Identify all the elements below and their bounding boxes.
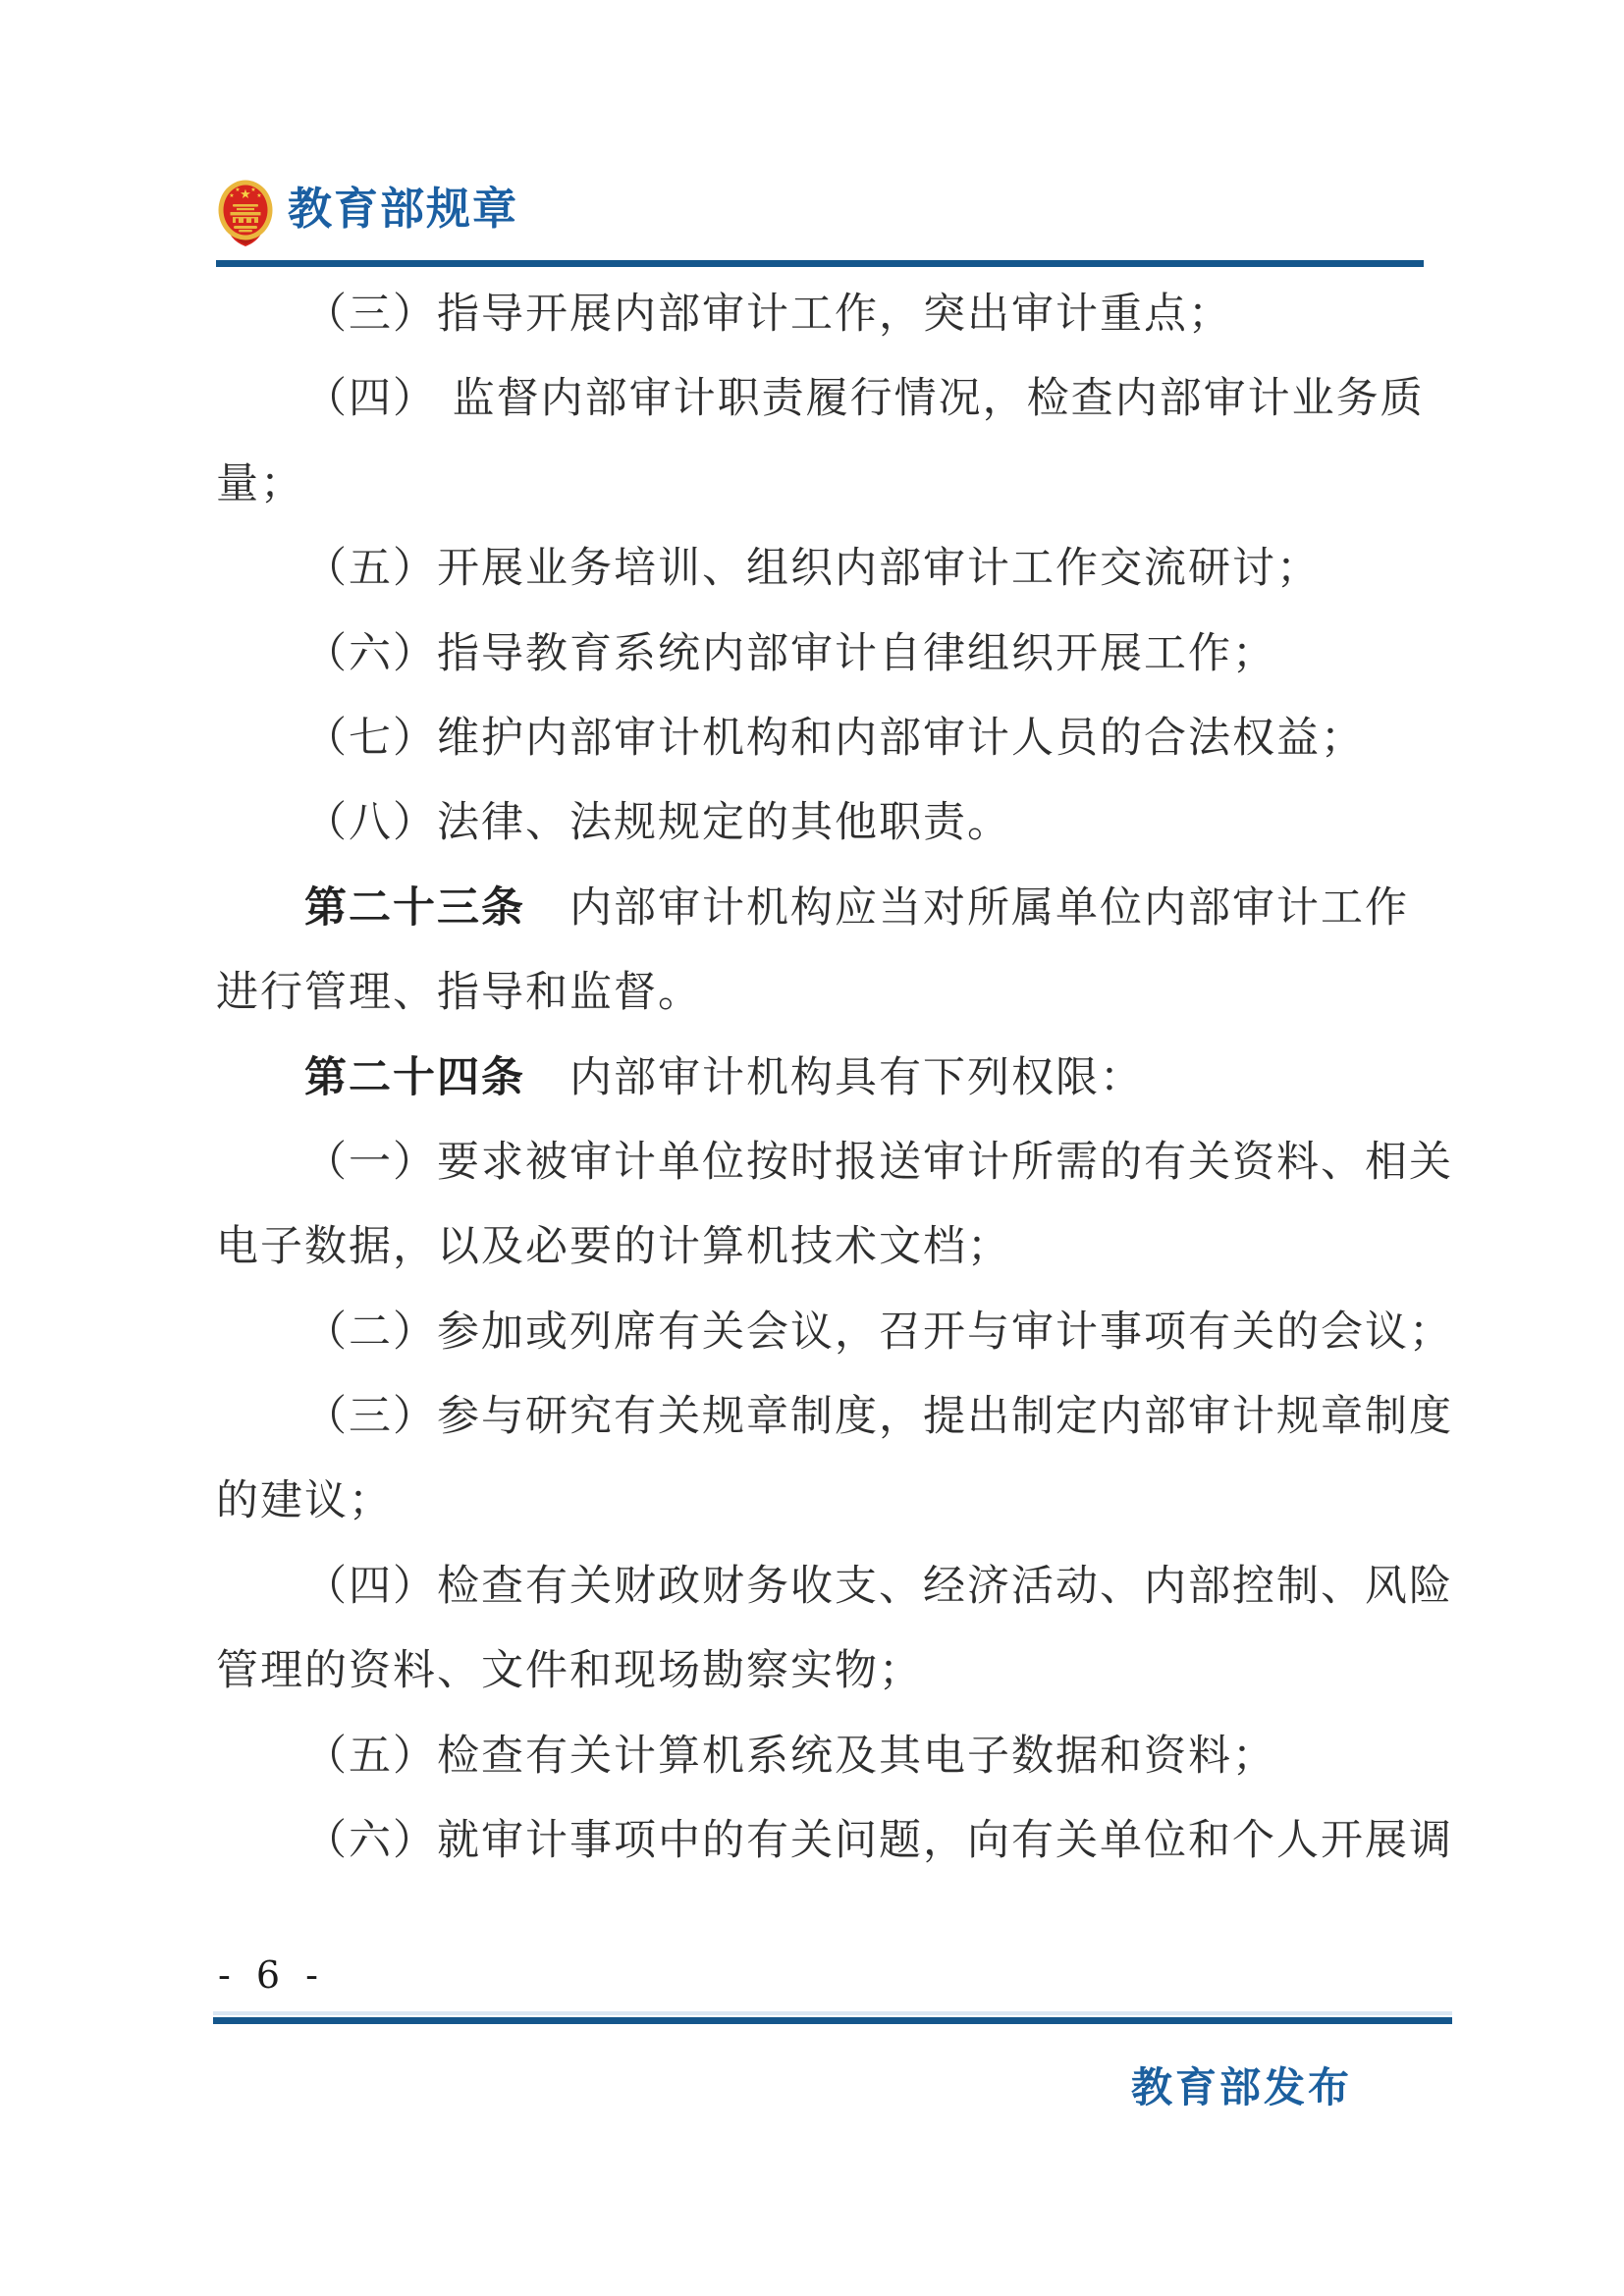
body-line: 第二十三条 内部审计机构应当对所属单位内部审计工作 [216,866,1449,950]
document-page: ★ ★ ★ ★ ★ 教育部规章 （三）指导开展内部审计工作，突出审计重点；（四）… [0,0,1624,2296]
footer-publisher: 教育部发布 [1131,2056,1352,2114]
article-number: 第二十四条 [304,1053,525,1102]
body-line: （六）指导教育系统内部审计自律组织开展工作； [216,612,1449,696]
document-body: （三）指导开展内部审计工作，突出审计重点；（四） 监督内部审计职责履行情况，检查… [216,272,1449,1883]
body-line: （七）维护内部审计机构和内部审计人员的合法权益； [216,696,1449,780]
svg-text:★: ★ [229,192,234,199]
line-text: （四）检查有关财政财务收支、经济活动、内部控制、风险 [304,1562,1453,1611]
line-text: 内部审计机构具有下列权限： [525,1053,1144,1102]
body-line: （一）要求被审计单位按时报送审计所需的有关资料、相关 [216,1120,1449,1204]
line-text: （五）开展业务培训、组织内部审计工作交流研讨； [304,544,1321,593]
body-line: 进行管理、指导和监督。 [216,950,1449,1035]
body-line: （五）检查有关计算机系统及其电子数据和资料； [216,1714,1449,1798]
svg-text:★: ★ [250,187,255,193]
svg-text:★: ★ [256,192,261,199]
body-line: （三）参与研究有关规章制度，提出制定内部审计规章制度 [216,1374,1449,1459]
body-line: （三）指导开展内部审计工作，突出审计重点； [216,272,1449,356]
line-text: （三）指导开展内部审计工作，突出审计重点； [304,290,1232,339]
body-line: 第二十四条 内部审计机构具有下列权限： [216,1036,1449,1120]
line-text: 的建议； [216,1476,393,1525]
line-text: （六）指导教育系统内部审计自律组织开展工作； [304,629,1276,678]
header-rule [216,260,1424,267]
header-title: 教育部规章 [288,186,518,233]
line-text: （五）检查有关计算机系统及其电子数据和资料； [304,1732,1276,1781]
line-text: 管理的资料、文件和现场勘察实物； [216,1646,923,1695]
line-text: （一）要求被审计单位按时报送审计所需的有关资料、相关 [304,1138,1453,1187]
line-text: （六）就审计事项中的有关问题，向有关单位和个人开展调 [304,1816,1453,1865]
body-line: 量； [216,442,1449,526]
body-line: （四） 监督内部审计职责履行情况，检查内部审计业务质 [216,356,1449,441]
line-text: 进行管理、指导和监督。 [216,968,702,1017]
line-text: 内部审计机构应当对所属单位内部审计工作 [525,883,1409,933]
national-emblem-icon: ★ ★ ★ ★ ★ [217,180,274,246]
line-text: （七）维护内部审计机构和内部审计人员的合法权益； [304,714,1365,763]
page-number: - 6 - [218,1953,325,1997]
body-line: （二）参加或列席有关会议，召开与审计事项有关的会议； [216,1290,1449,1374]
line-text: （二）参加或列席有关会议，召开与审计事项有关的会议； [304,1308,1453,1357]
line-text: （三）参与研究有关规章制度，提出制定内部审计规章制度 [304,1392,1453,1441]
line-text: 电子数据，以及必要的计算机技术文档； [216,1222,1011,1271]
body-line: （八）法律、法规规定的其他职责。 [216,780,1449,865]
svg-text:★: ★ [240,187,251,202]
footer-rule [213,2017,1452,2024]
line-text: 量； [216,459,304,508]
body-line: （五）开展业务培训、组织内部审计工作交流研讨； [216,526,1449,611]
svg-text:★: ★ [235,187,240,193]
line-text: （四） 监督内部审计职责履行情况，检查内部审计业务质 [304,374,1425,423]
body-line: 的建议； [216,1459,1449,1543]
body-line: （四）检查有关财政财务收支、经济活动、内部控制、风险 [216,1544,1449,1629]
line-text: （八）法律、法规规定的其他职责。 [304,798,1011,847]
body-line: 电子数据，以及必要的计算机技术文档； [216,1204,1449,1289]
footer-rule-highlight [213,2011,1452,2015]
article-number: 第二十三条 [304,883,525,933]
body-line: （六）就审计事项中的有关问题，向有关单位和个人开展调 [216,1798,1449,1883]
body-line: 管理的资料、文件和现场勘察实物； [216,1629,1449,1713]
